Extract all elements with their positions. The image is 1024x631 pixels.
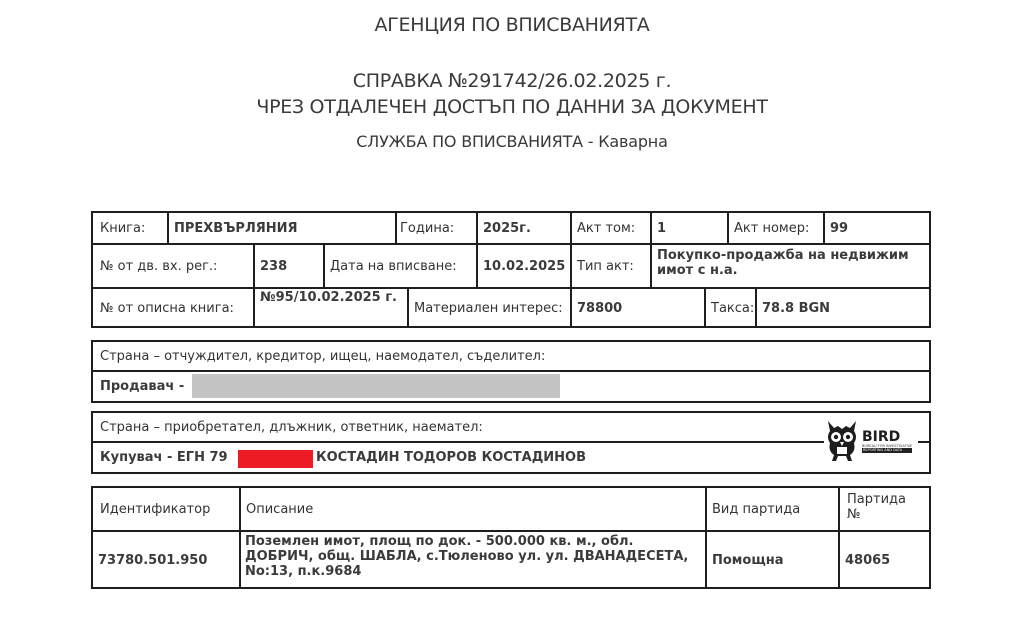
- cell-description: Поземлен имот, площ по док. - 500.000 кв…: [241, 532, 705, 589]
- registry-number-value: 238: [255, 245, 323, 287]
- book-value: ПРЕХВЪРЛЯНИЯ: [169, 213, 395, 243]
- fee-label: Такса:: [706, 289, 755, 328]
- material-interest-label: Материален интерес:: [409, 289, 570, 328]
- col-header-identifier: Идентификатор: [95, 488, 239, 530]
- volume-value: 1: [652, 213, 727, 243]
- reference-number: СПРАВКА №291742/26.02.2025 г.: [0, 70, 1024, 92]
- act-type-value: Покупко-продажба на недвижим имот с н.а.: [652, 245, 929, 287]
- year-label: Година:: [395, 213, 476, 243]
- inventory-book-value: №95/10.02.2025 г.: [255, 289, 407, 328]
- act-type-label: Тип акт:: [572, 245, 650, 287]
- cell-lot-number: 48065: [840, 532, 929, 589]
- act-number-value: 99: [825, 213, 929, 243]
- watermark-tagline-2: REPORTING AND DATA: [862, 448, 912, 453]
- seller-party-section: Страна – отчуждител, кредитор, ищец, нае…: [91, 340, 931, 403]
- seller-party-value: Продавач -: [95, 372, 195, 401]
- seller-redaction: [192, 374, 560, 398]
- seller-party-label: Страна – отчуждител, кредитор, ищец, нае…: [95, 342, 925, 370]
- volume-label: Акт том:: [572, 213, 650, 243]
- col-header-lot-number: Партида №: [840, 488, 920, 530]
- agency-title: АГЕНЦИЯ ПО ВПИСВАНИЯТА: [0, 14, 1024, 36]
- cell-identifier: 73780.501.950: [93, 532, 239, 589]
- owl-icon: [824, 419, 860, 463]
- book-label: Книга:: [95, 213, 167, 243]
- entry-date-label: Дата на вписване:: [325, 245, 476, 287]
- material-interest-value: 78800: [572, 289, 704, 328]
- buyer-id-redaction: [238, 450, 313, 468]
- buyer-party-name: КОСТАДИН ТОДОРОВ КОСТАДИНОВ: [311, 443, 711, 472]
- cell-lot-type: Помощна: [707, 532, 838, 589]
- buyer-party-prefix: Купувач - ЕГН 79: [95, 443, 245, 472]
- col-header-lot-type: Вид партида: [707, 488, 838, 530]
- act-info-table: Книга: ПРЕХВЪРЛЯНИЯ Година: 2025г. Акт т…: [91, 211, 931, 328]
- bird-watermark: BIRD BUREAU FOR INVESTIGATIVE REPORTING …: [824, 417, 918, 465]
- entry-date-value: 10.02.2025: [478, 245, 570, 287]
- buyer-party-label: Страна – приобретател, длъжник, ответник…: [95, 413, 795, 441]
- act-number-label: Акт номер:: [729, 213, 823, 243]
- col-header-description: Описание: [241, 488, 705, 530]
- buyer-party-section: Страна – приобретател, длъжник, ответник…: [91, 411, 931, 474]
- watermark-name: BIRD: [862, 430, 912, 444]
- document-subtitle: ЧРЕЗ ОТДАЛЕЧЕН ДОСТЪП ПО ДАННИ ЗА ДОКУМЕ…: [0, 96, 1024, 118]
- property-table: Идентификатор Описание Вид партида Парти…: [91, 486, 931, 589]
- inventory-book-label: № от описна книга:: [95, 289, 253, 328]
- year-value: 2025г.: [478, 213, 570, 243]
- fee-value: 78.8 BGN: [757, 289, 929, 328]
- registry-office: СЛУЖБА ПО ВПИСВАНИЯТА - Каварна: [0, 132, 1024, 151]
- registry-number-label: № от дв. вх. рег.:: [95, 245, 253, 287]
